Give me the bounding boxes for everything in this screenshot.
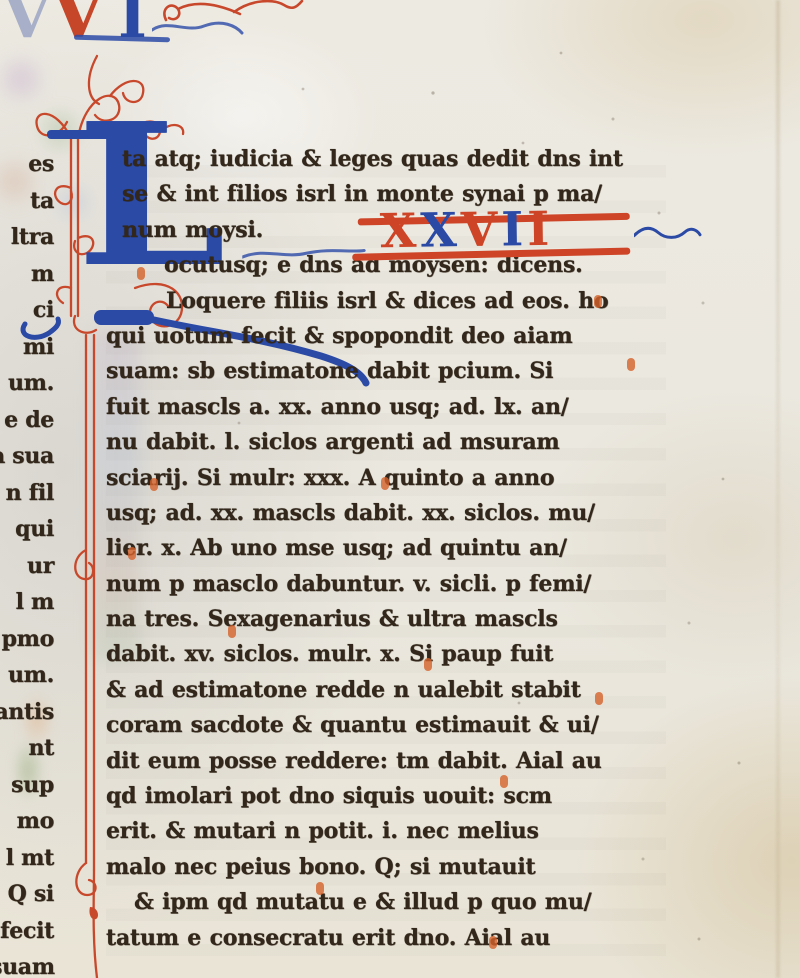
fragment-line: mo [0,803,54,840]
fragment-line: m [0,256,54,293]
text-line: dabit. xv. siclos. mulr. x. Si paup fuit [106,637,682,672]
fragment-line: um. [0,365,54,402]
numeral-letter: I [501,202,528,257]
numeral-letter: V [460,203,501,259]
fragment-line: Q si [0,876,54,913]
fragment-line: es [0,146,54,183]
text-line: coram sacdote & quantu estimauit & ui/ [106,708,682,743]
fragment-line: pmo [0,621,54,658]
text-line: erit. & mutari n potit. i. nec melius [106,814,682,849]
fragment-line: fecit [0,913,54,950]
fragment-line: n fil [0,475,54,512]
fragment-line: ta [0,183,54,220]
text-line: tatum e consecratu erit dno. Aial au [106,921,682,956]
heading-flourish-right-icon [634,224,702,243]
fragment-line: ci [0,292,54,329]
heading-flourish-left-icon [242,242,366,264]
text-line: usq; ad. xx. mascls dabit. xx. siclos. m… [106,496,682,531]
penwork-flourish-blue-icon [152,16,244,40]
penwork-curl-red-icon [232,0,304,19]
left-column-fragments: es ta ltra m ci mi um. e de a sua n fil … [0,146,54,978]
text-line: ta atq; iudicia & leges quas dedit dns i… [106,142,682,177]
fragment-line: ltra [0,219,54,256]
text-line: suam: sb estimatone dabit pcium. Si [106,354,682,389]
fragment-line: a sua [0,438,54,475]
fragment-line: ur [0,548,54,585]
fragment-line: antis [0,694,54,731]
fragment-line: mi [0,329,54,366]
fragment-line: qui [0,511,54,548]
manuscript-page: V V I [0,0,800,978]
text-line: lier. x. Ab uno mse usq; ad quintu an/ [106,531,682,566]
text-line: qd imolari pot dno siquis uouit: scm [106,779,682,814]
text-line: & ipm qd mutatu e & illud p quo mu/ [106,885,682,920]
text-line: sciarij. Si mulr: xxx. A quinto a anno [106,461,682,496]
text-line: malo nec peius bono. Q; si mutauit [106,850,682,885]
text-line: na tres. Sexagenarius & ultra mascls [106,602,682,637]
header-numeral-red: V [50,0,106,48]
fragment-line: suam [0,949,54,978]
fragment-line: e de [0,402,54,439]
header-numeral-faded: V [2,0,52,48]
text-line: Loquere filiis isrl & dices ad eos. ho [106,284,682,319]
text-line: fuit mascls a. xx. anno usq; ad. lx. an/ [106,390,682,425]
numeral-letter: X [420,203,461,259]
fragment-line: um. [0,657,54,694]
text-line: & ad estimatone redde n ualebit stabit [106,673,682,708]
chapter-numeral: XXVII [380,202,554,260]
fragment-line: l mt [0,840,54,877]
chapter-heading: XXVII [350,203,731,268]
parchment-crease [776,0,780,978]
text-line: dit eum posse reddere: tm dabit. Aial au [106,744,682,779]
fragment-line: l m [0,584,54,621]
fragment-line: sup [0,767,54,804]
fragment-line: nt [0,730,54,767]
text-line: num p masclo dabuntur. v. sicli. p femi/ [106,567,682,602]
numeral-letter: I [527,202,554,257]
text-line: qui uotum fecit & spopondit deo aiam [106,319,682,354]
text-line: nu dabit. l. siclos argenti ad msuram [106,425,682,460]
running-header: V V I [0,0,330,60]
numeral-letter: X [380,204,421,260]
